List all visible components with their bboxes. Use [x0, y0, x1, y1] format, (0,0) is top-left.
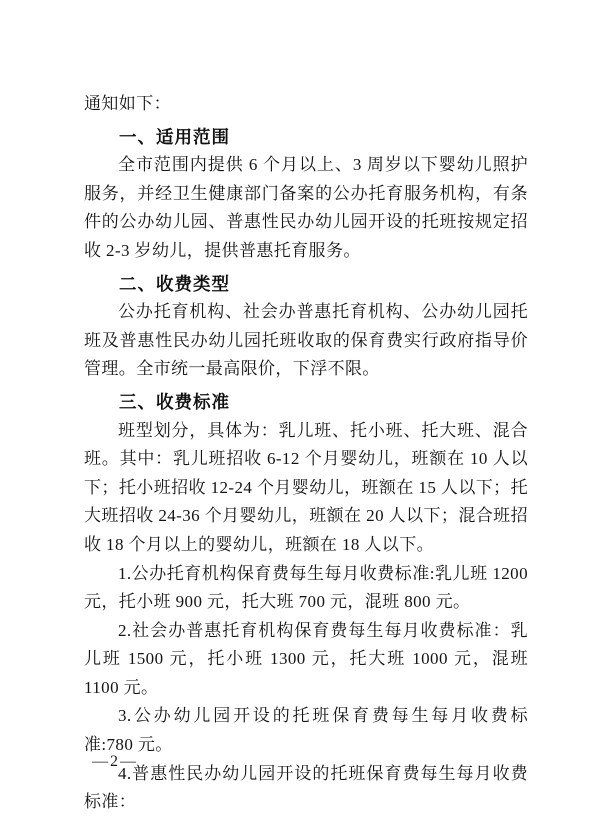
section-2-heading: 二、收费类型 [84, 270, 528, 299]
intro-line: 通知如下： [84, 90, 528, 119]
section-3-paragraph-class-types: 班型划分，具体为：乳儿班、托小班、托大班、混合班。其中：乳儿班招收 6-12 个… [84, 417, 528, 560]
scanned-document-page: 通知如下： 一、适用范围 全市范围内提供 6 个月以上、3 周岁以下婴幼儿照护服… [0, 0, 590, 835]
section-3-heading: 三、收费标准 [84, 388, 528, 417]
section-1-heading: 一、适用范围 [84, 123, 528, 152]
section-1-paragraph: 全市范围内提供 6 个月以上、3 周岁以下婴幼儿照护服务，并经卫生健康部门备案的… [84, 151, 528, 265]
document-body: 通知如下： 一、适用范围 全市范围内提供 6 个月以上、3 周岁以下婴幼儿照护服… [84, 90, 528, 817]
section-3-item-2: 2.社会办普惠托育机构保育费每生每月收费标准：乳儿班 1500 元，托小班 13… [84, 617, 528, 703]
section-3-item-1: 1.公办托育机构保育费每生每月收费标准:乳儿班 1200 元，托小班 900 元… [84, 560, 528, 617]
section-2-paragraph: 公办托育机构、社会办普惠托育机构、公办幼儿园托班及普惠性民办幼儿园托班收取的保育… [84, 298, 528, 384]
section-3-item-4: 4.普惠性民办幼儿园开设的托班保育费每生每月收费标准： [84, 760, 528, 817]
section-3-item-3: 3.公办幼儿园开设的托班保育费每生每月收费标准:780 元。 [84, 702, 528, 759]
page-number: —2— [92, 753, 138, 771]
